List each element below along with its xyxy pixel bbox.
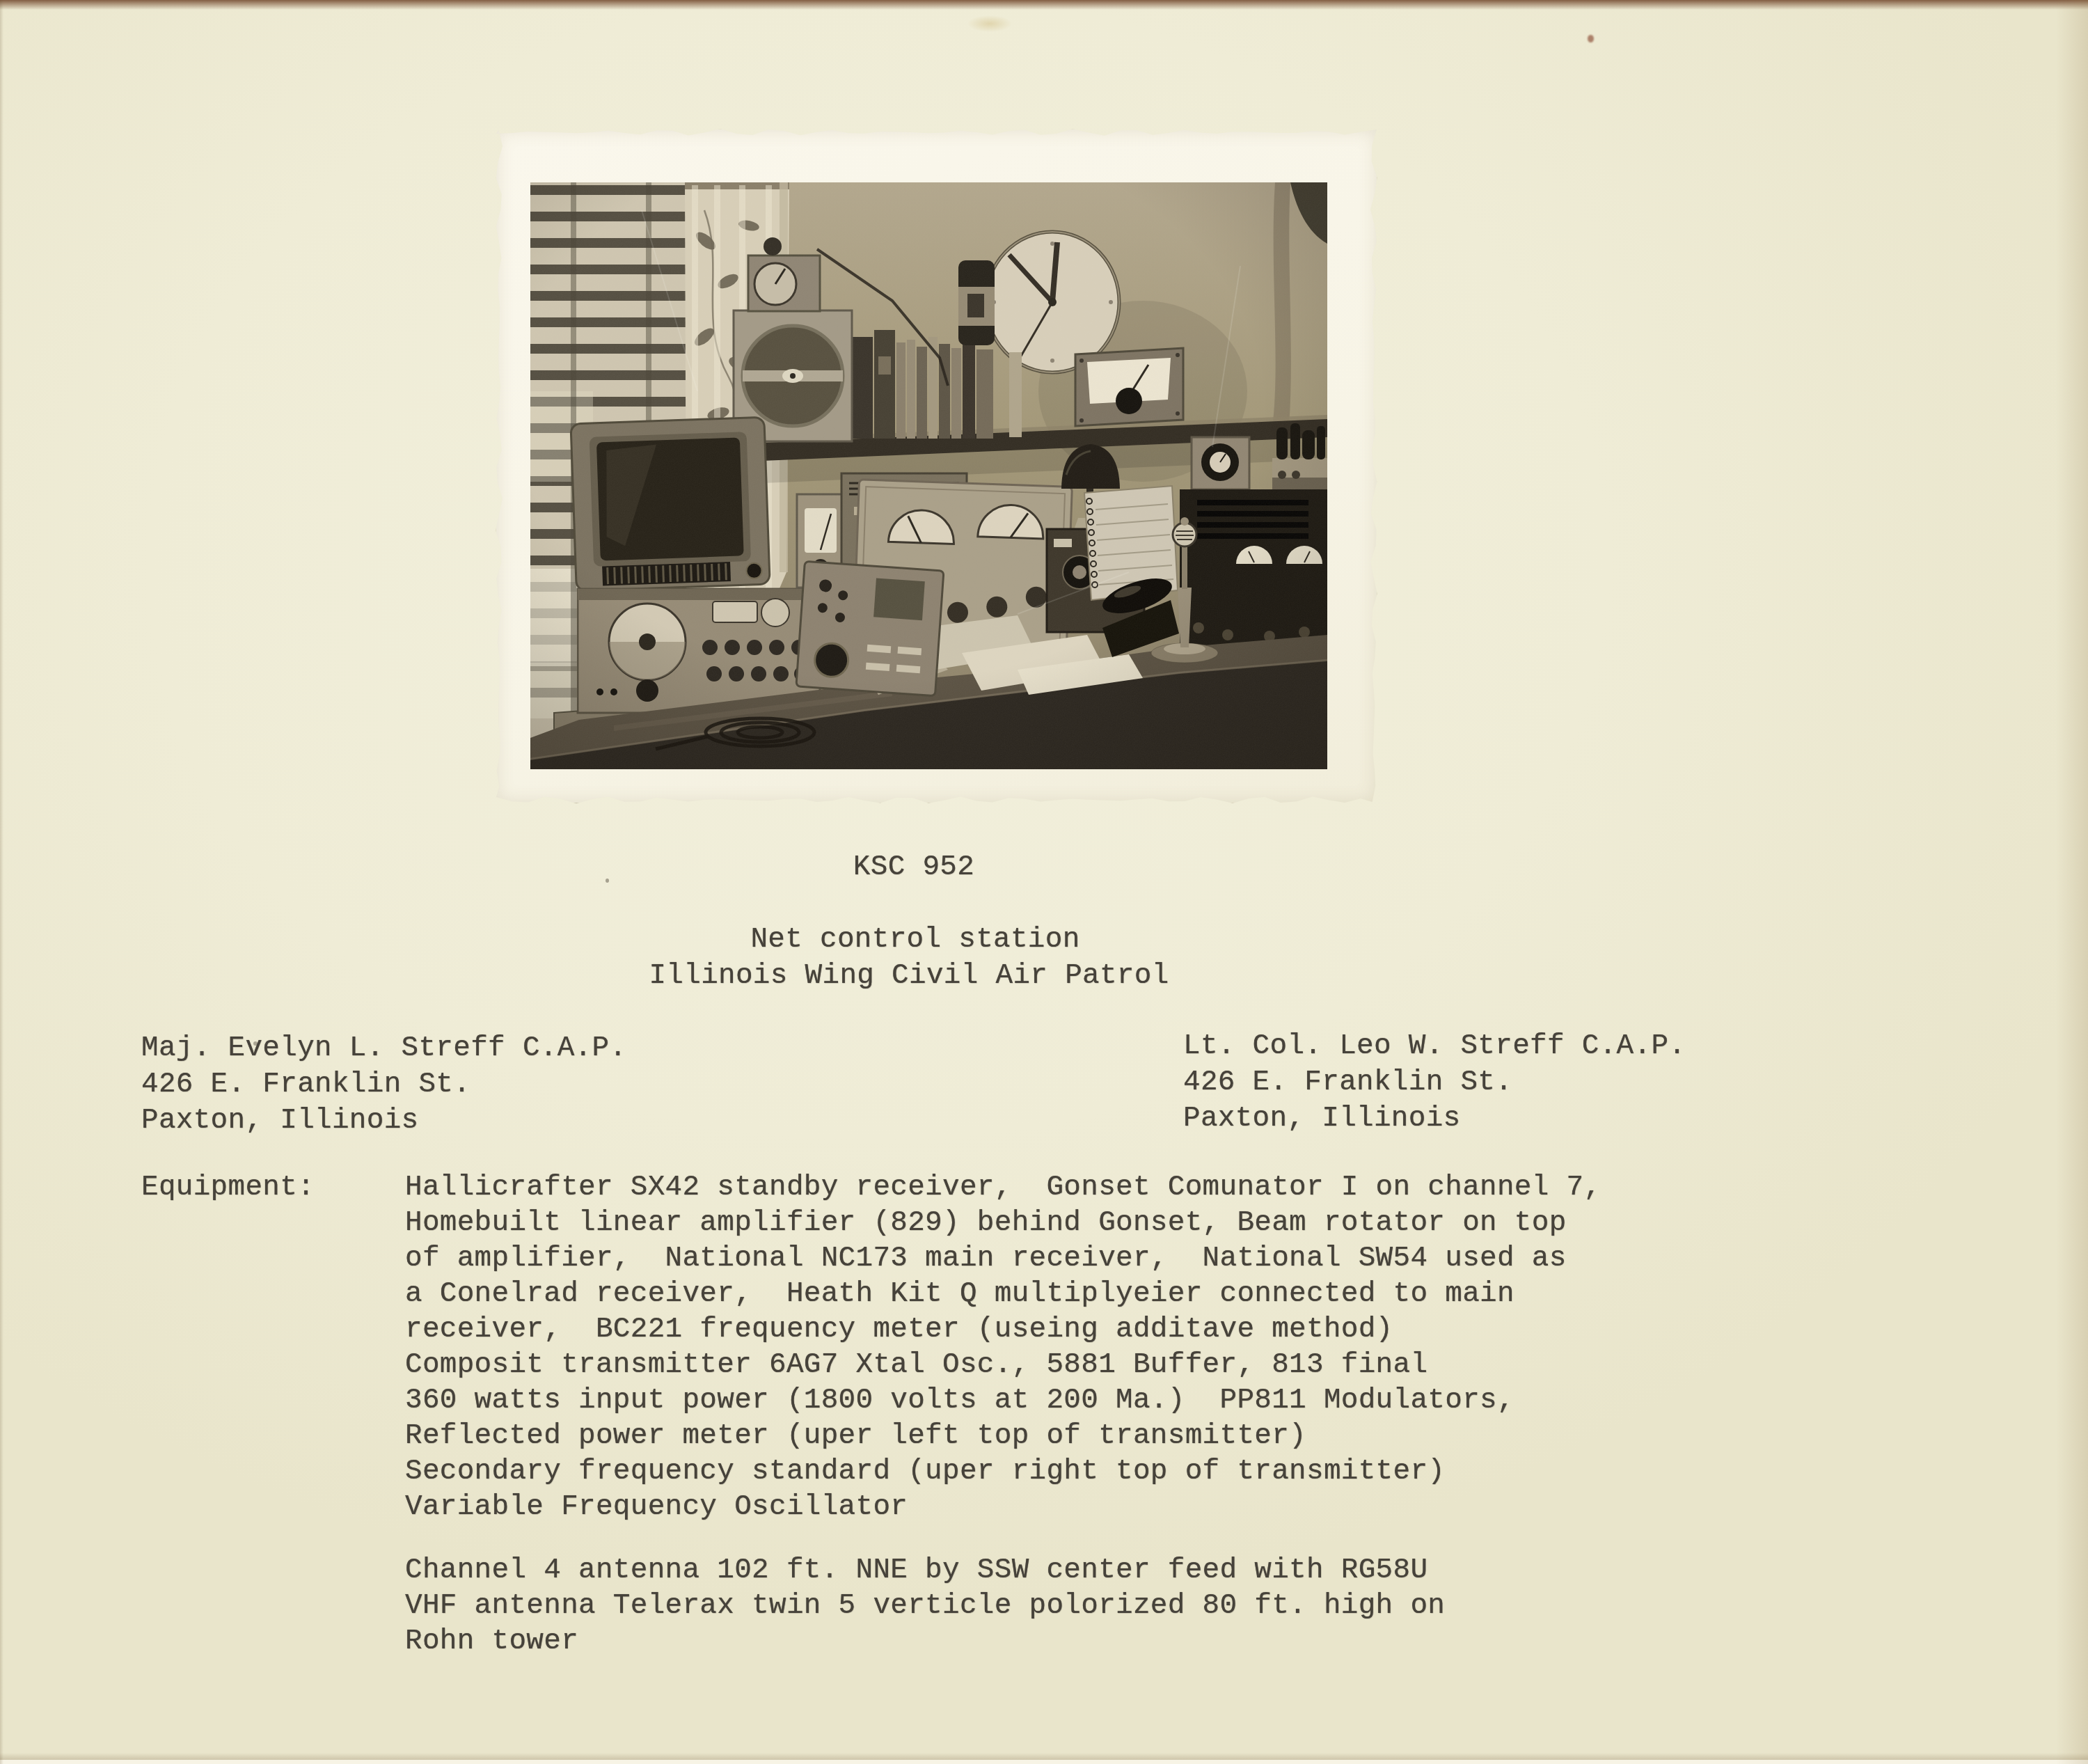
caption-callsign: KSC 952 — [853, 850, 974, 885]
photo-image: Black-and-white snapshot with deckled ed… — [530, 182, 1327, 769]
contact-right: Lt. Col. Leo W. Streff C.A.P. 426 E. Fra… — [1183, 1028, 1686, 1137]
photo-grain — [530, 182, 1327, 769]
equipment-list: Hallicrafter SX42 standby receiver, Gons… — [405, 1170, 1601, 1525]
caption-title: Net control station — [750, 922, 1079, 958]
scan-edge-bottom-shade — [0, 1753, 2088, 1760]
scan-edge-top — [0, 0, 2088, 10]
scan-edge-bottom — [0, 1760, 2088, 1764]
photo-print: Black-and-white snapshot with deckled ed… — [496, 129, 1377, 803]
paper-speck — [606, 879, 609, 883]
caption-subtitle: Illinois Wing Civil Air Patrol — [649, 959, 1169, 994]
equipment-label: Equipment: — [141, 1170, 315, 1206]
scan-edge-right — [2056, 0, 2088, 1764]
paper-speck — [1588, 35, 1594, 42]
antenna-notes: Channel 4 antenna 102 ft. NNE by SSW cen… — [405, 1553, 1445, 1660]
scan-edge-left — [0, 0, 3, 1764]
album-page: Black-and-white snapshot with deckled ed… — [0, 0, 2088, 1764]
contact-left: Maj. Evelyn L. Streff C.A.P. 426 E. Fran… — [141, 1030, 626, 1139]
paper-stain — [967, 15, 1012, 32]
